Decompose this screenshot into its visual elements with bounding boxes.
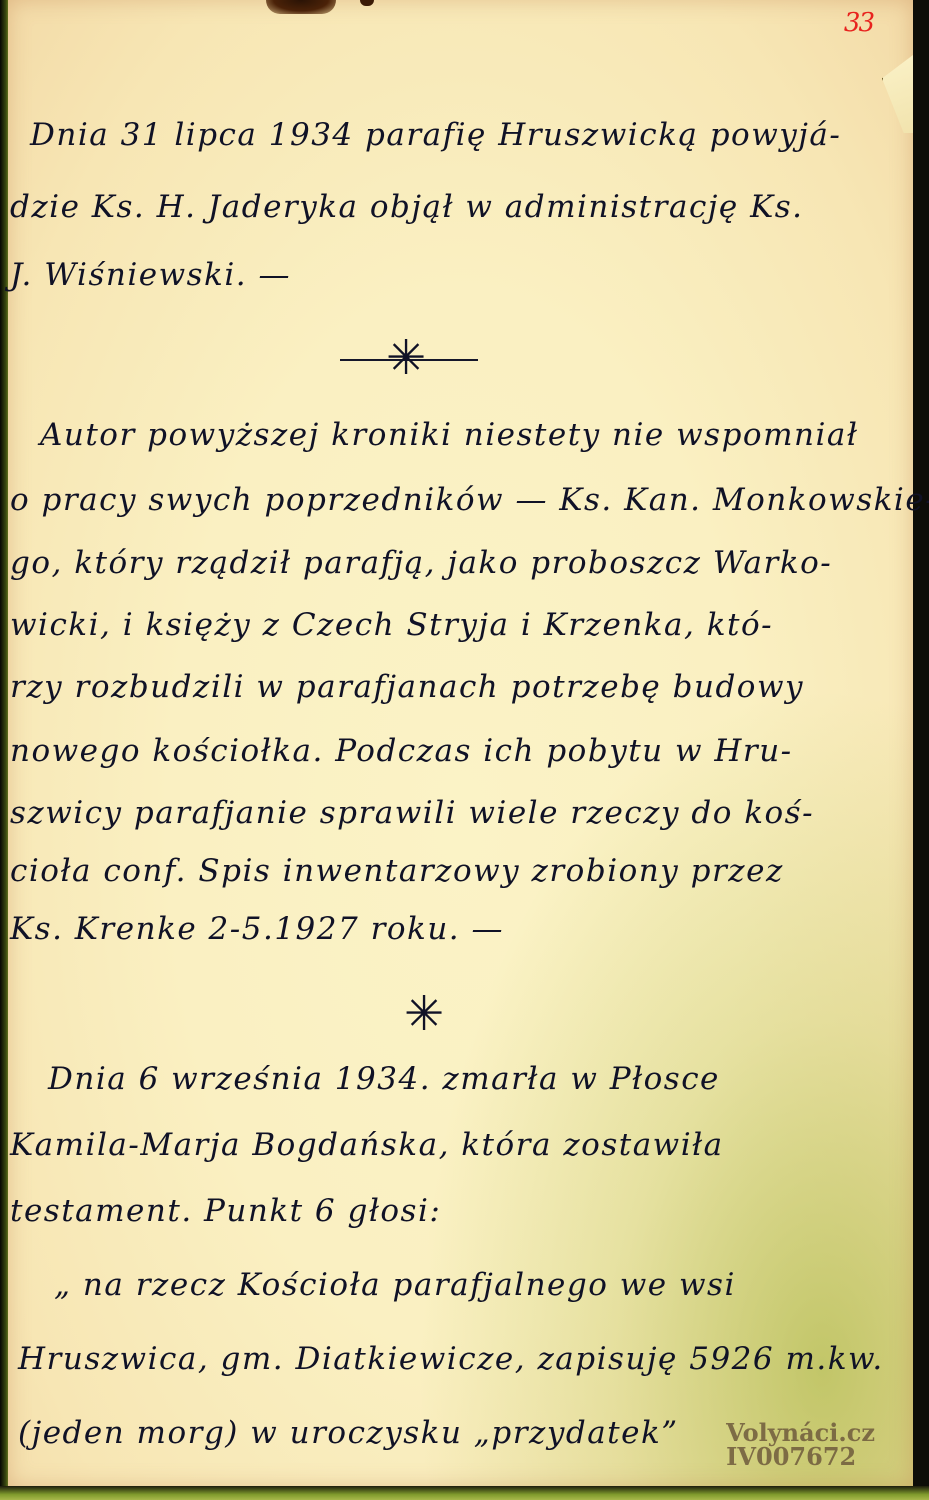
handwritten-line: testament. Punkt 6 głosi: (10, 1196, 441, 1227)
handwritten-line: dzie Ks. H. Jaderyka objął w administrac… (10, 192, 804, 223)
handwritten-line: (jeden morg) w uroczysku „przydatek” (18, 1418, 679, 1449)
watermark: Volynáci.cz IV007672 (726, 1421, 875, 1469)
handwritten-line: Autor powyższej kroniki niestety nie wsp… (40, 420, 858, 451)
handwritten-line: Hruszwica, gm. Diatkiewicze, zapisuję 59… (18, 1344, 884, 1375)
handwritten-line: go, który rządził parafją, jako proboszc… (10, 548, 832, 579)
handwritten-line: Dnia 31 lipca 1934 parafię Hruszwicką po… (30, 120, 841, 151)
handwritten-line: J. Wiśniewski. — (10, 260, 291, 291)
watermark-id: IV007672 (726, 1445, 875, 1469)
asterisk-divider-icon: ✳ (386, 334, 426, 382)
manuscript-page: 33 Dnia 31 lipca 1934 parafię Hruszwicką… (8, 0, 913, 1487)
ink-stain (266, 0, 336, 14)
asterisk-divider-icon: ✳ (404, 990, 444, 1038)
ink-stain (360, 0, 374, 6)
handwritten-line: Ks. Krenke 2-5.1927 roku. — (10, 914, 504, 945)
handwritten-line: nowego kościołka. Podczas ich pobytu w H… (10, 736, 793, 767)
binding-bottom-edge (0, 1486, 929, 1500)
handwritten-line: Kamila-Marja Bogdańska, która zostawiła (10, 1130, 724, 1161)
handwritten-line: wicki, i księży z Czech Stryja i Krzenka… (10, 610, 773, 641)
handwritten-line: szwicy parafjanie sprawili wiele rzeczy … (10, 798, 814, 829)
handwritten-line: rzy rozbudzili w parafjanach potrzebę bu… (10, 672, 804, 703)
handwritten-line: cioła conf. Spis inwentarzowy zrobiony p… (10, 856, 784, 887)
handwritten-line: „ na rzecz Kościoła parafjalnego we wsi (54, 1270, 736, 1301)
handwritten-line: o pracy swych poprzedników — Ks. Kan. Mo… (10, 485, 929, 516)
handwritten-line: Dnia 6 września 1934. zmarła w Płosce (48, 1064, 720, 1095)
scanned-document: 33 Dnia 31 lipca 1934 parafię Hruszwicką… (0, 0, 929, 1500)
page-number: 33 (844, 8, 873, 38)
folded-corner (882, 55, 913, 133)
